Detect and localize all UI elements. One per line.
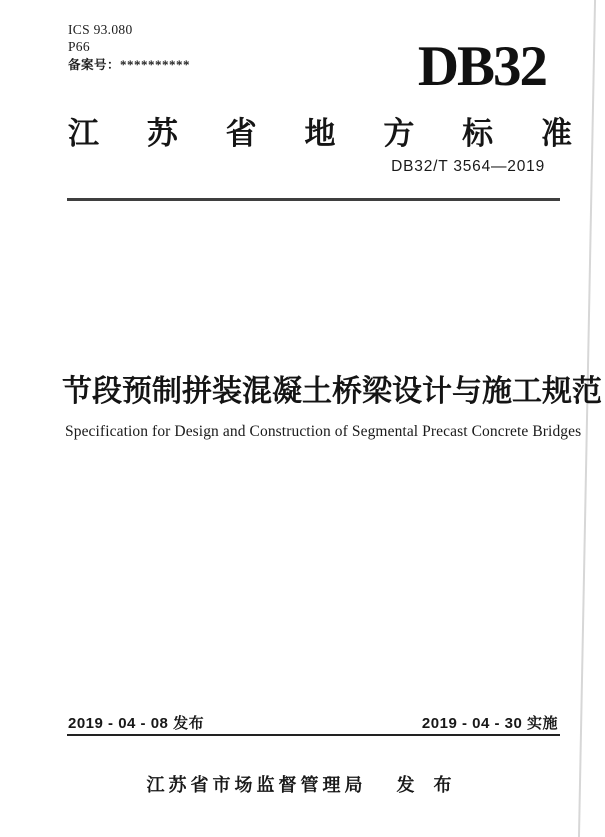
publisher-row: 江苏省市场监督管理局 发 布: [0, 771, 605, 797]
meta-block: ICS 93.080 P66 备案号：**********: [68, 21, 190, 74]
ics-code: ICS 93.080: [68, 21, 190, 38]
standard-cover-page: ICS 93.080 P66 备案号：********** DB32 江苏省地方…: [0, 0, 605, 837]
db32-logo: DB32: [418, 38, 546, 95]
issue-date: 2019 - 04 - 08 发布: [68, 712, 204, 733]
dates-row: 2019 - 04 - 08 发布 2019 - 04 - 30 实施: [68, 712, 558, 733]
publish-action-label: 发 布: [396, 771, 458, 797]
record-number-label: 备案号：: [68, 58, 120, 72]
document-title-en: Specification for Design and Constructio…: [65, 423, 581, 441]
publisher-name: 江苏省市场监督管理局: [146, 771, 366, 797]
header-rule: [67, 198, 560, 201]
scanned-page-edge: [578, 0, 596, 837]
implement-date: 2019 - 04 - 30 实施: [422, 712, 558, 733]
standard-code: DB32/T 3564—2019: [391, 158, 545, 176]
record-number-line: 备案号：**********: [68, 56, 190, 74]
classification-code: P66: [68, 38, 190, 55]
footer-rule: [67, 734, 560, 736]
standard-name-row: 江苏省地方标准: [68, 108, 572, 153]
record-number-value: **********: [120, 57, 190, 72]
document-title-zh: 节段预制拼装混凝土桥梁设计与施工规范: [62, 366, 543, 410]
